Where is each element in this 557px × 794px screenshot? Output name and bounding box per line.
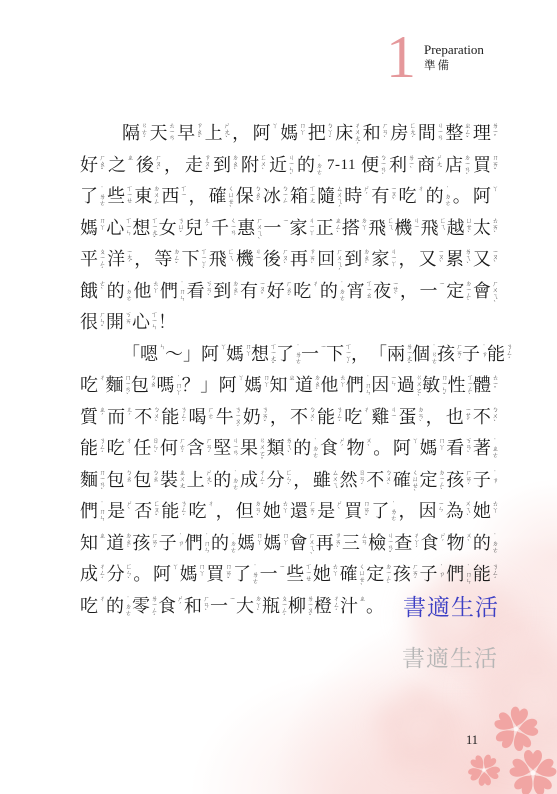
zhuyin-annotation: ㄑㄧㄢ [229,217,236,235]
character-with-zhuyin: 著˙ㄓㄜ [473,436,498,460]
character-with-zhuyin: 確ㄑㄩㄝˋ [393,468,418,497]
zhuyin-annotation: ㄔ [417,185,424,192]
character-with-zhuyin: 家ㄐㄧㄚ [371,247,396,271]
character-with-zhuyin: 分ㄈㄣˋ [107,562,132,586]
character-with-zhuyin: 分ㄈㄣˋ [267,468,292,492]
zhuyin-annotation: ㄊㄞˋ [491,217,498,238]
zhuyin-annotation: ㄦˊ [125,406,132,421]
character-with-zhuyin: 。 [366,594,384,618]
zhuyin-annotation: ㄉㄢˋ [254,500,261,521]
character-with-zhuyin: 不ㄅㄨˋ [366,468,391,492]
zhuyin-annotation: ㄋㄥˊ [98,437,105,458]
zhuyin-annotation: ˙ㄌㄜ [251,563,258,584]
zhuyin-annotation: ㄉㄧㄥˋ [464,280,471,306]
zhuyin-annotation: ㄧㄣ [389,374,396,386]
zhuyin-annotation: ㄐㄧㄢ [231,437,238,455]
character-with-zhuyin: 她ㄊㄚ [263,499,288,523]
character-with-zhuyin: 吃ㄔ [189,499,214,523]
character-with-zhuyin: 到ㄉㄠˋ [344,247,369,271]
zhuyin-annotation: ㄉㄠˋ [313,374,320,395]
zhuyin-annotation: ㄧㄝˋ [391,280,398,300]
text-line: 隔ㄍㄜˊ天ㄊㄧㄢ早ㄗㄠˇ上ㄕㄤˋ，阿ㄚ媽ㄇㄚ把ㄅㄚˇ床ㄔㄨㄤˊ和ㄏㄢˋ房ㄈㄤˊ間… [80,121,498,153]
character-with-zhuyin: 附ㄈㄨˋ [241,153,266,177]
character-with-zhuyin: ， [134,247,152,271]
character-with-zhuyin: 類ㄌㄟˋ [267,436,292,460]
zhuyin-annotation: ㄉㄥˇ [172,248,179,269]
character-with-zhuyin: 了˙ㄌㄜ [276,342,301,366]
character-with-zhuyin: 心ㄒㄧㄣ [106,216,131,240]
zhuyin-annotation: ㄏㄡˋ [281,248,288,269]
character-with-zhuyin: 」 [200,373,218,397]
character-with-zhuyin: 瓶ㄆㄧㄥˊ [262,594,287,621]
character-with-zhuyin: 惠ㄏㄨㄟˋ [237,216,262,245]
character-with-zhuyin: 阿ㄚ [201,342,226,366]
text-line: 麵ㄇㄧㄢˋ包ㄅㄠ包ㄅㄠ裝ㄓㄨㄤ上ㄕㄤˋ的˙ㄉㄜ成ㄔㄥˊ分ㄈㄣˋ，雖ㄙㄨㄟ然ㄖㄢˊ… [80,468,498,500]
text-line: 知ㄓ道ㄉㄠˋ孩ㄏㄞˊ子˙ㄗ們˙ㄇㄣ的˙ㄉㄜ媽ㄇㄚ媽ㄇㄚ會ㄏㄨㄟˋ再ㄗㄞˋ三ㄙㄢ檢… [80,531,498,563]
zhuyin-annotation: ㄇㄚ [281,532,288,545]
character-with-zhuyin: ， [293,468,311,492]
character-with-zhuyin: 飛ㄈㄟ [368,216,393,240]
zhuyin-annotation: ㄌㄟˋ [285,437,292,458]
character-with-zhuyin: 汁ㄓ [340,594,365,618]
character-with-zhuyin: 兩ㄌㄧㄤˇ [387,342,412,369]
zhuyin-annotation: ㄌㄧㄡˇ [306,595,313,621]
character-with-zhuyin: ～ [165,342,183,366]
character-with-zhuyin: 到ㄉㄠˋ [213,279,238,303]
zhuyin-annotation: ㄒㄧㄥˋ [466,374,473,400]
character-with-zhuyin: 很ㄏㄣˇ [80,310,105,334]
character-with-zhuyin: 有ㄧㄡˇ [371,184,396,208]
zhuyin-annotation: ㄉㄢˋ [417,406,424,427]
zhuyin-annotation: ㄔ [98,595,105,602]
character-with-zhuyin: 道ㄉㄠˋ [106,531,131,555]
character-with-zhuyin: 是ㄕˋ [317,499,342,523]
zhuyin-annotation: ˙ㄇㄣ [464,563,471,584]
zhuyin-annotation: ㄊㄚ [338,374,345,387]
zhuyin-annotation: ㄌㄧˋ [407,154,414,174]
character-with-zhuyin: 蛋ㄉㄢˋ [399,405,424,429]
text-line: 「嗯ㄣ～」阿ㄚ媽ㄇㄚ想ㄒㄧㄤˇ了˙ㄌㄜ一ㄧ下ㄒㄧㄚˋ，「兩ㄌㄧㄤˇ個˙ㄍㄜ孩ㄏㄞ… [80,342,498,374]
character-with-zhuyin: 整ㄓㄥˇ [445,121,470,145]
zhuyin-annotation: ㄍㄜˊ [140,122,147,143]
zhuyin-annotation: ˙ㄇㄣ [203,532,210,553]
character-with-zhuyin: 又ㄧㄡˋ [419,247,444,271]
zhuyin-annotation: ㄔㄥˊ [332,595,339,616]
character-with-zhuyin: 阿ㄚ [393,436,418,460]
zhuyin-annotation: ㄦˊ [203,217,210,232]
paragraph: 隔ㄍㄜˊ天ㄊㄧㄢ早ㄗㄠˇ上ㄕㄤˋ，阿ㄚ媽ㄇㄚ把ㄅㄚˇ床ㄔㄨㄤˊ和ㄏㄢˋ房ㄈㄤˊ間… [80,121,498,342]
zhuyin-annotation: ㄊㄚ [281,500,288,513]
zhuyin-annotation: ㄅㄨˋ [308,406,315,427]
character-with-zhuyin: 敏ㄇㄧㄣˇ [422,373,447,400]
character-with-zhuyin: 定ㄉㄧㄥˋ [420,468,445,495]
character-with-zhuyin: 吃ㄔ [293,279,318,303]
character-with-zhuyin: 上ㄕㄤˋ [205,121,230,145]
zhuyin-annotation: ㄑㄩㄝˋ [411,469,418,497]
character-with-zhuyin: 雞ㄐㄧ [371,405,396,429]
character-with-zhuyin: 利ㄌㄧˋ [389,153,414,177]
character-with-zhuyin: 吃ㄔ [344,405,369,429]
character-with-zhuyin: 孩ㄏㄞˊ [446,468,471,492]
zhuyin-annotation: ㄋㄥˊ [179,500,186,521]
zhuyin-annotation: ㄅㄨˋ [384,469,391,490]
zhuyin-annotation: ㄈㄣˋ [125,563,132,584]
character-with-zhuyin: 不ㄅㄨˋ [473,405,498,429]
character-with-zhuyin: 吃ㄔ [107,436,132,460]
zhuyin-annotation: ˙ㄌㄜ [389,500,396,521]
chapter-number: 1 [386,30,416,84]
character-with-zhuyin: 一ㄧ [260,562,285,586]
character-with-zhuyin: 橙ㄔㄥˊ [314,594,339,618]
zhuyin-annotation: ㄔ [125,437,132,444]
character-with-zhuyin: 包ㄅㄠ [131,373,156,397]
character-with-zhuyin: 看ㄎㄢˋ [446,436,471,460]
character-with-zhuyin: 吃ㄔ [399,184,424,208]
zhuyin-annotation: ㄅㄠ [149,374,156,387]
character-with-zhuyin: 想ㄒㄧㄤˇ [132,216,157,243]
zhuyin-annotation: ㄏㄨㄟˋ [308,532,315,560]
character-with-zhuyin: 子˙ㄗ [462,342,487,366]
zhuyin-annotation: ㄒㄧㄤˇ [150,217,157,243]
character-with-zhuyin: 不ㄅㄨˋ [134,405,159,429]
zhuyin-annotation: ˙ㄉㄜ [125,280,132,301]
text-line: 們˙ㄇㄣ是ㄕˋ否ㄈㄡˇ能ㄋㄥˊ吃ㄔ，但ㄉㄢˋ她ㄊㄚ還ㄏㄞˊ是ㄕˋ買ㄇㄞˇ了˙ㄌㄜ… [80,499,498,531]
character-with-zhuyin: 走ㄗㄡˇ [185,153,210,177]
character-with-zhuyin: 的˙ㄉㄜ [320,279,345,303]
character-with-zhuyin: 查ㄔㄚˊ [394,531,419,555]
zhuyin-annotation: ㄨˋ [365,437,372,452]
zhuyin-annotation: ˙ㄇㄣ [98,500,105,521]
text-line: 能ㄋㄥˊ吃ㄔ任ㄖㄣˋ何ㄏㄜˊ含ㄏㄢˊ堅ㄐㄧㄢ果ㄍㄨㄛˇ類ㄌㄟˋ的˙ㄉㄜ食ㄕˊ物ㄨ… [80,436,498,468]
character-with-zhuyin: ， [399,499,417,523]
zhuyin-annotation: ㄚ [271,122,278,129]
character-with-zhuyin: 然ㄖㄢˊ [340,468,365,492]
zhuyin-annotation: ㄕˋ [125,500,132,515]
zhuyin-annotation: ㄧ [281,217,288,222]
character-with-zhuyin: 雖ㄙㄨㄟ [313,468,338,492]
character-with-zhuyin: ， [189,184,207,208]
character-with-zhuyin: 心ㄒㄧㄣ [132,310,157,334]
character-with-zhuyin: ？ [182,373,200,397]
character-with-zhuyin: 箱ㄒㄧㄤ [290,184,315,208]
character-with-zhuyin: 還ㄏㄞˊ [290,499,315,523]
zhuyin-annotation: ㄙㄨㄟˊ [335,185,342,213]
character-with-zhuyin: 和ㄏㄢˋ [184,594,209,618]
zhuyin-annotation: ㄧㄣ [437,500,444,512]
zhuyin-annotation: ㄒㄧㄠ [365,280,372,298]
character-with-zhuyin: 她ㄊㄚ [473,499,498,523]
character-with-zhuyin: 阿ㄚ [219,373,244,397]
character-with-zhuyin: 嗎˙ㄇㄚ [156,373,181,397]
character-with-zhuyin: 堅ㄐㄧㄢ [213,436,238,460]
zhuyin-annotation: ㄇㄧㄢˋ [123,374,130,400]
zhuyin-annotation: ㄉㄧㄥˋ [384,563,391,589]
text-line: 餓ㄜˋ的˙ㄉㄜ他ㄊㄚ們˙ㄇㄣ看ㄎㄢˋ到ㄉㄠˋ有ㄧㄡˇ好ㄏㄠˇ吃ㄔ的˙ㄉㄜ宵ㄒㄧㄠ… [80,279,498,311]
watermark-gray: 書適生活 [402,640,498,673]
character-with-zhuyin: 一ㄧ [210,594,235,618]
zhuyin-annotation: ㄏㄞˊ [308,500,315,521]
zhuyin-annotation: ㄕˊ [176,595,183,610]
chapter-header: 1 Preparation 準備 [386,30,484,84]
zhuyin-annotation: ˙ㄉㄜ [311,437,318,458]
character-with-zhuyin: 的˙ㄉㄜ [293,436,318,460]
character-with-zhuyin: 能ㄋㄥˊ [317,405,342,429]
zhuyin-annotation: ㄒㄧㄤˇ [269,343,276,369]
character-with-zhuyin: 不ㄅㄨˋ [290,405,315,429]
zhuyin-annotation: ㄅㄠˇ [254,185,261,206]
zhuyin-annotation: ㄔ [311,280,318,287]
zhuyin-annotation: ˙ㄌㄜ [294,343,301,364]
character-with-zhuyin: 搭ㄉㄚ [342,216,367,240]
zhuyin-annotation: ㄉㄠˋ [231,280,238,301]
character-with-zhuyin: 洋ㄧㄤˊ [107,247,132,271]
zhuyin-annotation: ㄩㄝˋ [465,217,472,238]
character-with-zhuyin: 阿ㄚ [153,562,178,586]
character-with-zhuyin: 東ㄉㄨㄥ [134,184,159,208]
character-with-zhuyin: 女ㄋㄩˇ [159,216,184,240]
character-with-zhuyin: 。 [373,436,391,460]
character-with-zhuyin: 一ㄧ [420,279,445,303]
zhuyin-annotation: ㄐㄧㄣˋ [287,154,294,180]
zhuyin-annotation: ㄒㄧㄚˋ [200,248,207,274]
zhuyin-annotation: ˙ㄇㄚ [174,374,181,395]
character-with-zhuyin: 成ㄔㄥˊ [80,562,105,586]
zhuyin-annotation: ㄌㄧㄥˊ [150,595,157,621]
zhuyin-annotation: ㄑㄩㄝˋ [227,185,234,213]
zhuyin-annotation: ㄏㄞˊ [455,343,462,364]
character-with-zhuyin: 檢ㄐㄧㄢˇ [368,531,393,558]
text-line: 了˙ㄌㄜ些ㄒㄧㄝ東ㄉㄨㄥ西ㄒㄧ，確ㄑㄩㄝˋ保ㄅㄠˇ冰ㄅㄧㄥ箱ㄒㄧㄤ隨ㄙㄨㄟˊ時ㄕ… [80,184,498,216]
character-with-zhuyin: 媽ㄇㄚ [280,121,305,145]
character-with-zhuyin: 西ㄒㄧ [161,184,186,208]
character-with-zhuyin: 上ㄕㄤˋ [187,468,212,492]
character-with-zhuyin: 質ㄓˊ [80,405,105,429]
character-with-zhuyin: 的˙ㄉㄜ [297,153,322,177]
character-with-zhuyin: 食ㄕˊ [420,531,445,555]
zhuyin-annotation: ㄒㄧㄣ [124,217,131,235]
zhuyin-annotation: ㄉㄨㄥ [152,185,159,205]
character-with-zhuyin: 牛ㄋㄧㄡˊ [216,405,241,432]
zhuyin-annotation: ㄚ [219,343,226,350]
character-with-zhuyin: 後ㄏㄡˋ [263,247,288,271]
character-with-zhuyin: 的˙ㄉㄜ [211,531,236,555]
character-with-zhuyin: 買ㄇㄞˇ [473,153,498,177]
character-with-zhuyin: 把ㄅㄚˇ [308,121,333,145]
character-with-zhuyin: 時ㄕˊ [344,184,369,208]
character-with-zhuyin: 房ㄈㄤˊ [390,121,415,145]
character-with-zhuyin: 了˙ㄌㄜ [233,562,258,586]
character-with-zhuyin: 確ㄑㄩㄝˋ [209,184,234,213]
book-page: 1 Preparation 準備 隔ㄍㄜˊ天ㄊㄧㄢ早ㄗㄠˇ上ㄕㄤˋ，阿ㄚ媽ㄇㄚ把… [0,0,557,794]
paragraph: 「嗯ㄣ～」阿ㄚ媽ㄇㄚ想ㄒㄧㄤˇ了˙ㄌㄜ一ㄧ下ㄒㄧㄚˋ，「兩ㄌㄧㄤˇ個˙ㄍㄜ孩ㄏㄞ… [80,342,498,626]
character-with-zhuyin: 因ㄧㄣ [419,499,444,523]
zhuyin-annotation: ㄏㄢˋ [381,122,388,143]
character-with-zhuyin: 含ㄏㄢˊ [187,436,212,460]
zhuyin-annotation: ㄏㄠˇ [285,280,292,301]
zhuyin-annotation: ㄕㄤˋ [223,122,230,143]
character-with-zhuyin: 們˙ㄇㄣ [346,373,371,397]
zhuyin-annotation: ㄧ [278,563,285,568]
character-with-zhuyin: 他ㄊㄚ [320,373,345,397]
zhuyin-annotation: ㄐㄧ [389,406,396,418]
zhuyin-annotation: ㄏㄜ [207,406,214,419]
character-with-zhuyin: 的˙ㄉㄜ [106,594,131,618]
zhuyin-annotation: ㄏㄞˊ [411,563,418,584]
zhuyin-annotation: ㄆㄧㄥˊ [280,595,287,621]
zhuyin-annotation: ㄎㄞ [124,311,131,324]
zhuyin-annotation: ㄒㄧㄚˋ [344,343,351,369]
zhuyin-annotation: ㄅㄧㄢˋ [379,154,386,180]
character-with-zhuyin: 媽ㄇㄚ [263,531,288,555]
zhuyin-annotation: ㄅㄠ [151,469,158,482]
zhuyin-annotation: ˙ㄇㄣ [178,280,185,301]
zhuyin-annotation: ㄋㄥˊ [491,563,498,584]
character-with-zhuyin: 保ㄅㄠˇ [236,184,261,208]
character-with-zhuyin: 越ㄩㄝˋ [447,216,472,240]
character-with-zhuyin: ， [164,153,182,177]
character-with-zhuyin: 理ㄌㄧˇ [473,121,498,145]
zhuyin-annotation: ㄉㄧㄥˋ [438,469,445,495]
character-with-zhuyin: 平ㄆㄧㄥˊ [80,247,105,274]
character-with-zhuyin: 冰ㄅㄧㄥ [263,184,288,208]
character-with-zhuyin: 一ㄧ [263,216,288,240]
character-with-zhuyin: 回ㄏㄨㄟˊ [317,247,342,276]
body-text: 隔ㄍㄜˊ天ㄊㄧㄢ早ㄗㄠˇ上ㄕㄤˋ，阿ㄚ媽ㄇㄚ把ㄅㄚˇ床ㄔㄨㄤˊ和ㄏㄢˋ房ㄈㄤˊ間… [80,121,498,625]
zhuyin-annotation: ㄈㄡˇ [152,500,159,521]
character-with-zhuyin: 媽ㄇㄚ [420,436,445,460]
zhuyin-annotation: ㄧㄤˊ [125,248,132,268]
character-with-zhuyin: 家ㄐㄧㄚ [290,216,315,240]
character-with-zhuyin: 但ㄉㄢˋ [236,499,261,523]
character-with-zhuyin: 能ㄋㄥˊ [161,405,186,429]
character-with-zhuyin: 的˙ㄉㄜ [426,184,451,208]
character-with-zhuyin: 知ㄓ [270,373,295,397]
character-with-zhuyin: 能ㄋㄥˊ [473,562,498,586]
zhuyin-annotation: ㄅㄚˇ [326,122,333,143]
zhuyin-annotation: ㄚ [237,374,244,381]
zhuyin-annotation: ㄊㄧㄢ [168,122,175,140]
zhuyin-annotation: ˙ㄇㄣ [364,374,371,395]
zhuyin-annotation: ㄨㄟˋ [464,500,471,521]
character-with-zhuyin: 性ㄒㄧㄥˋ [448,373,473,400]
text-line: 質ㄓˊ而ㄦˊ不ㄅㄨˋ能ㄋㄥˊ喝ㄏㄜ牛ㄋㄧㄡˊ奶ㄋㄞˇ，不ㄅㄨˋ能ㄋㄥˊ吃ㄔ雞ㄐㄧ… [80,405,498,437]
chapter-title-chinese: 準備 [424,58,484,74]
zhuyin-annotation: ㄕㄤ [435,154,442,167]
text-line: 媽ㄇㄚ心ㄒㄧㄣ想ㄒㄧㄤˇ女ㄋㄩˇ兒ㄦˊ千ㄑㄧㄢ惠ㄏㄨㄟˋ一ㄧ家ㄐㄧㄚ正ㄓㄥˋ搭ㄉ… [80,216,498,248]
character-with-zhuyin: 們˙ㄇㄣ [80,499,105,523]
zhuyin-annotation: ㄉㄠˋ [362,248,369,269]
character-with-zhuyin: 媽ㄇㄚ [237,531,262,555]
zhuyin-annotation: ㄓˊ [98,406,105,421]
zhuyin-annotation: ㄌㄟˋ [464,248,471,269]
zhuyin-annotation: ㄗㄞˋ [308,248,315,269]
character-with-zhuyin: 奶ㄋㄞˇ [243,405,268,429]
zhuyin-annotation: ㄅㄠ [125,469,132,482]
character-with-zhuyin: 媽ㄇㄚ [244,373,269,397]
zhuyin-annotation: ㄔㄚˊ [412,532,419,553]
zhuyin-annotation: ㄏㄨㄟˋ [491,280,498,308]
zhuyin-annotation: ㄈㄤˊ [408,122,415,143]
character-with-zhuyin: 隔ㄍㄜˊ [122,121,147,145]
zhuyin-annotation: ˙ㄌㄜ [98,185,105,206]
zhuyin-annotation: ㄐㄧㄢ [436,122,443,140]
zhuyin-annotation: ㄌㄧˇ [491,122,498,142]
zhuyin-annotation: ㄗㄞˋ [334,532,341,553]
character-with-zhuyin: 孩ㄏㄞˊ [393,562,418,586]
zhuyin-annotation: ㄅㄨˋ [491,406,498,427]
zhuyin-annotation: ㄈㄨˋ [259,154,266,175]
zhuyin-annotation: ㄇㄞˇ [224,563,231,584]
zhuyin-annotation: ㄓㄨㄤ [178,469,185,489]
character-with-zhuyin: 媽ㄇㄚ [80,216,105,240]
zhuyin-annotation: ㄈㄟ [227,248,234,261]
zhuyin-annotation: ˙ㄉㄜ [315,154,322,175]
character-with-zhuyin: 為ㄨㄟˋ [446,499,471,523]
character-with-zhuyin: 會ㄏㄨㄟˋ [473,279,498,308]
character-with-zhuyin: 後ㄏㄡˋ [136,153,161,177]
zhuyin-annotation: ㄇㄧㄣˇ [440,374,447,400]
character-with-zhuyin: 吃ㄔ [80,594,105,618]
character-with-zhuyin: 而ㄦˊ [107,405,132,429]
character-with-zhuyin: 機ㄐㄧ [394,216,419,240]
zhuyin-annotation: ㄋㄥˊ [335,406,342,427]
zhuyin-annotation: ㄐㄧㄚ [389,248,396,266]
character-with-zhuyin: 店ㄉㄧㄢˋ [445,153,470,180]
character-with-zhuyin: 想ㄒㄧㄤˇ [251,342,276,369]
character-with-zhuyin: 確ㄑㄩㄝˋ [340,562,365,591]
character-with-zhuyin: ， [399,247,417,271]
zhuyin-annotation: ㄧㄡˇ [389,185,396,205]
character-with-zhuyin: 好ㄏㄠˇ [267,279,292,303]
character-with-zhuyin: 媽ㄇㄚ [226,342,251,366]
character-with-zhuyin: 。 [453,184,471,208]
character-with-zhuyin: 吃ㄔ [80,373,105,397]
zhuyin-annotation: ㄧㄡˋ [437,248,444,268]
character-with-zhuyin: 到ㄉㄠˋ [213,153,238,177]
character-with-zhuyin: 買ㄇㄞˇ [206,562,231,586]
zhuyin-annotation: ㄔ [98,374,105,381]
character-with-zhuyin: 些ㄒㄧㄝ [107,184,132,208]
character-with-zhuyin: 等ㄉㄥˇ [154,247,179,271]
zhuyin-annotation: ㄋㄥˊ [505,343,512,364]
character-with-zhuyin: 商ㄕㄤ [417,153,442,177]
zhuyin-annotation: ㄧ [319,343,326,348]
character-with-zhuyin: 嗯ㄣ [140,342,165,366]
character-with-zhuyin: 「 [122,342,140,366]
character-with-zhuyin: 孩ㄏㄞˊ [132,531,157,555]
character-with-zhuyin: 太ㄊㄞˋ [473,216,498,240]
zhuyin-annotation: ㄏㄢˋ [202,595,209,616]
zhuyin-annotation: ㄔㄥˊ [98,563,105,584]
character-with-zhuyin: 「 [369,342,387,366]
zhuyin-annotation: ˙ㄉㄜ [124,595,131,616]
character-with-zhuyin: 何ㄏㄜˊ [160,436,185,460]
zhuyin-annotation: ㄏㄨㄟˊ [335,248,342,276]
character-with-zhuyin: 也ㄧㄝˇ [446,405,471,429]
zhuyin-annotation: ㄇㄞˇ [491,154,498,175]
character-with-zhuyin: 早ㄗㄠˇ [177,121,202,145]
character-with-zhuyin: 近ㄐㄧㄣˋ [269,153,294,180]
zhuyin-annotation: ㄐㄧ [254,248,261,260]
character-with-zhuyin: 知ㄓ [80,531,105,555]
zhuyin-annotation: ㄉㄚ [360,217,367,230]
zhuyin-annotation: ㄗㄡˇ [203,154,210,175]
character-with-zhuyin: 些ㄒㄧㄝ [286,562,311,586]
zhuyin-annotation: ˙ㄍㄜ [430,343,437,364]
chapter-title-english: Preparation [424,42,484,58]
character-with-zhuyin: 兒ㄦˊ [185,216,210,240]
character-with-zhuyin: 下ㄒㄧㄚˋ [326,342,351,369]
